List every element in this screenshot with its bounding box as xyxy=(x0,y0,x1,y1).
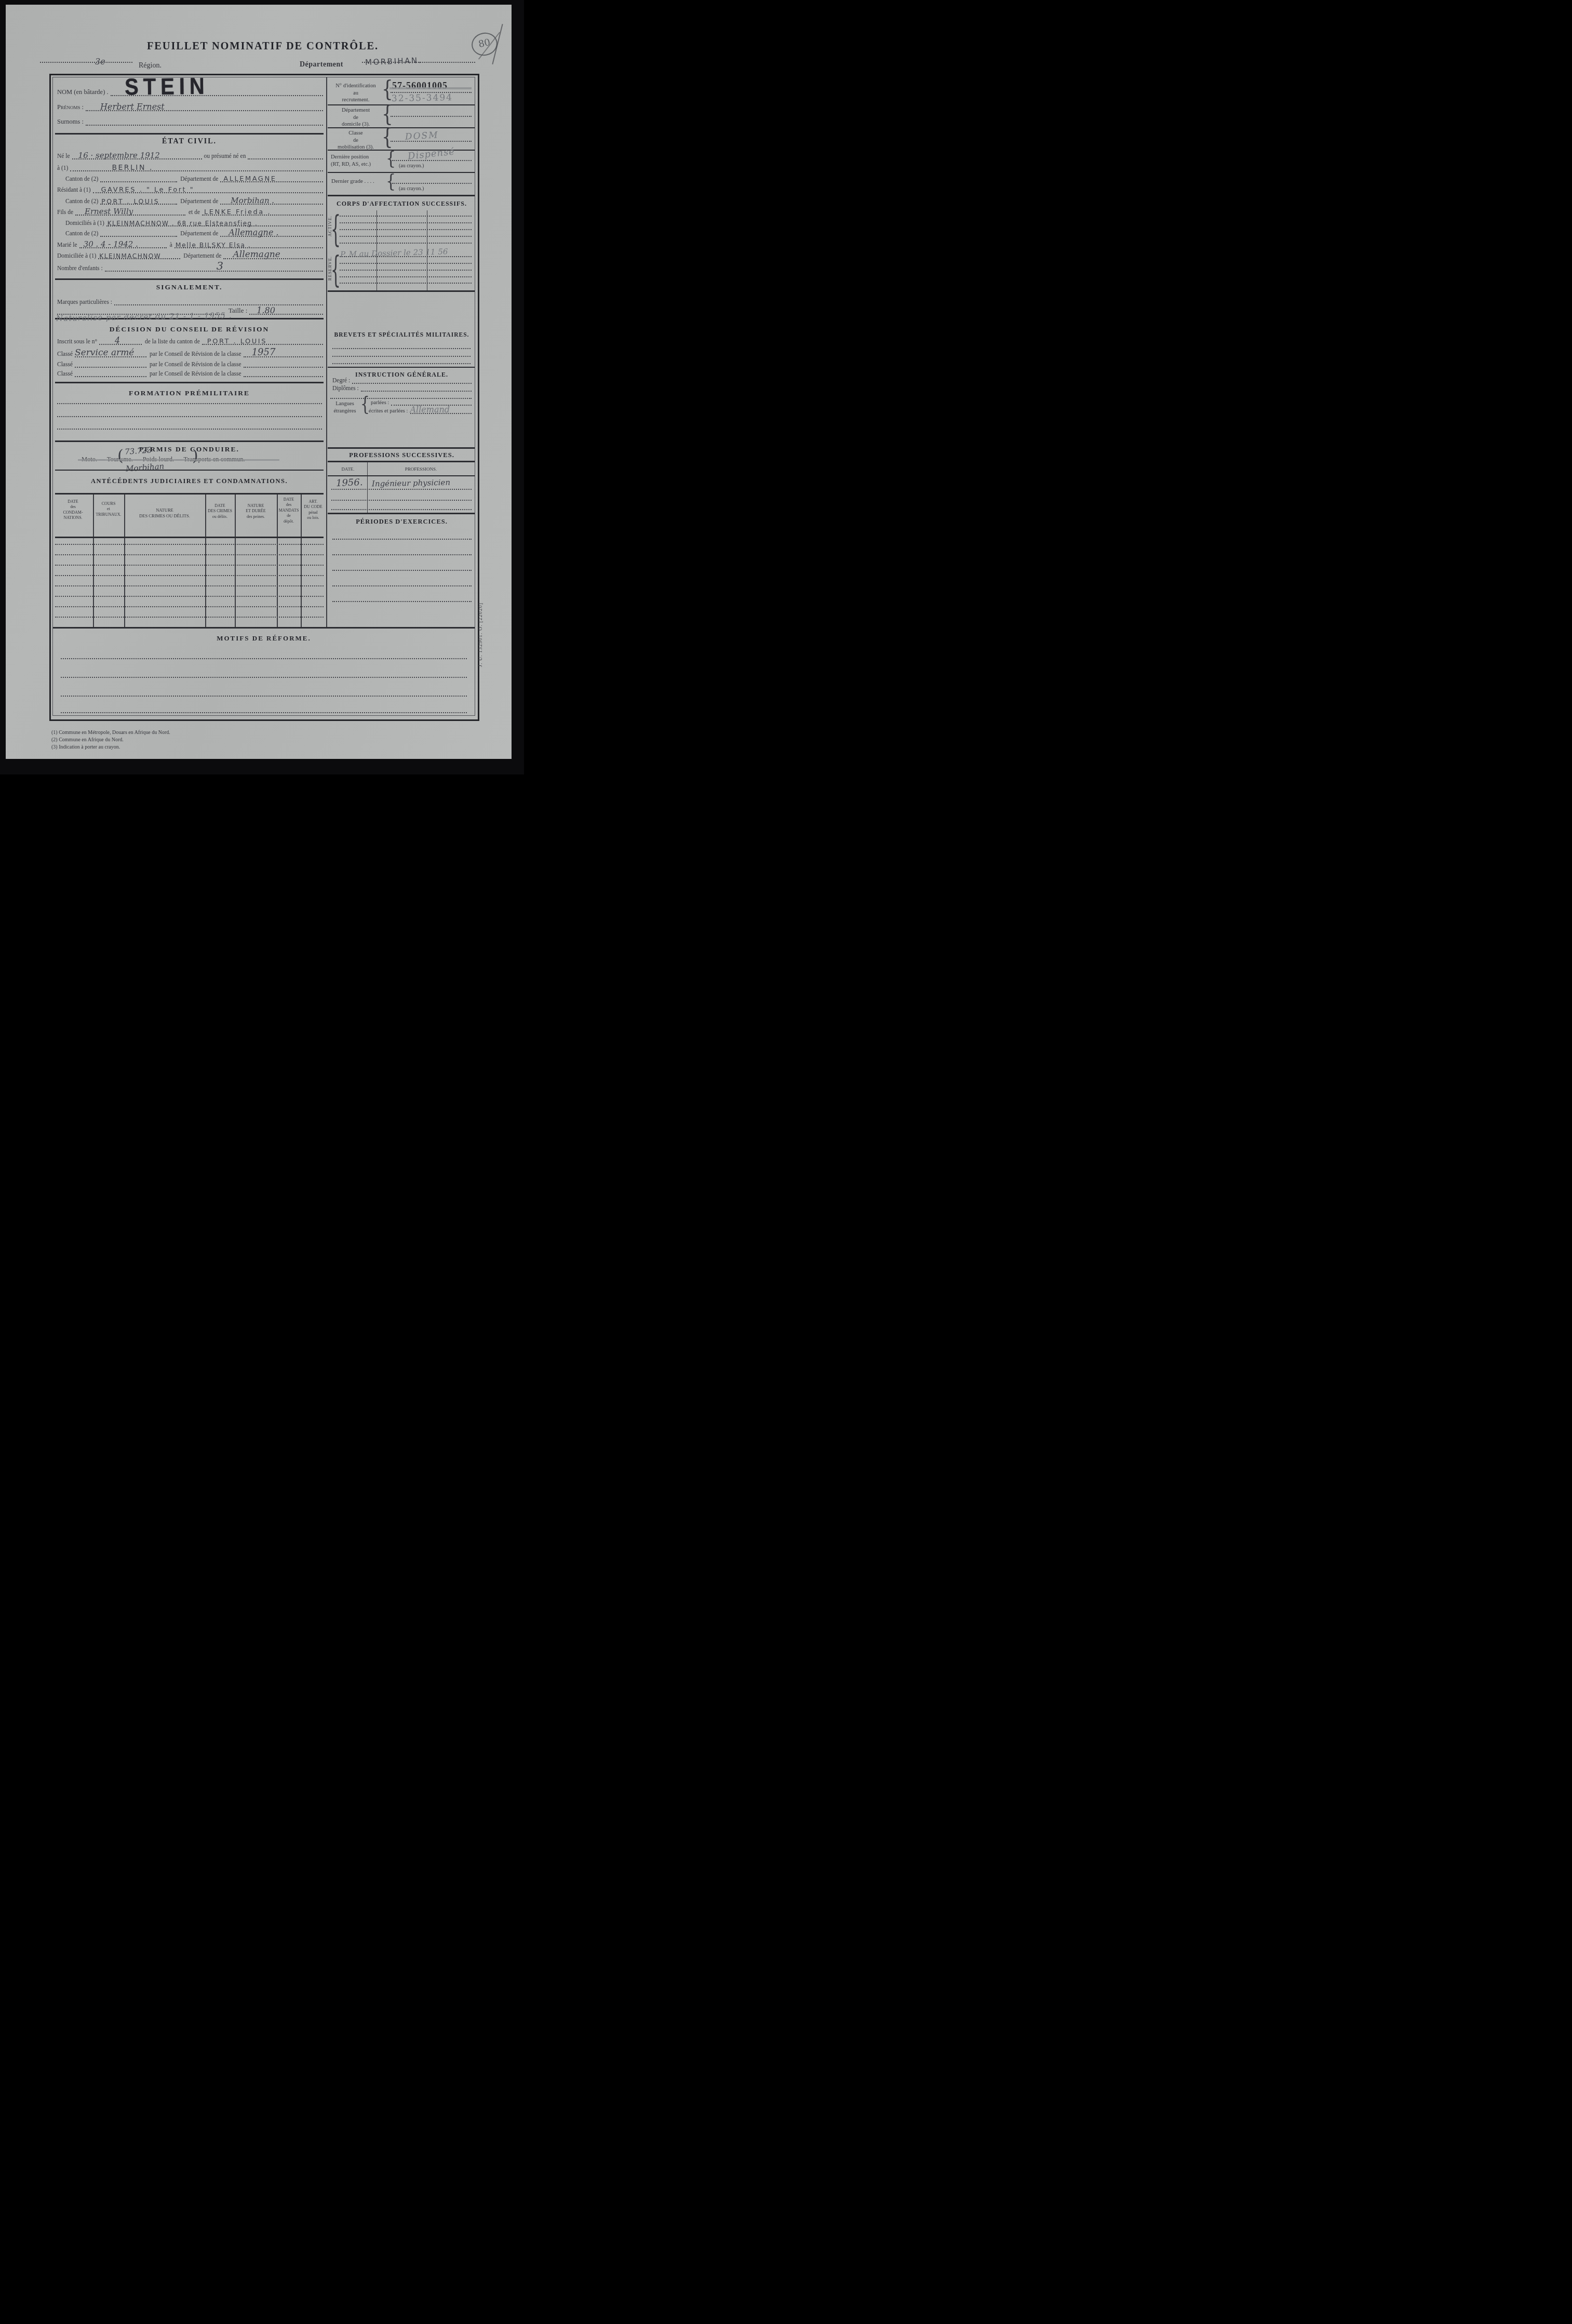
corps-row xyxy=(340,283,472,284)
domicile-label: Département de domicile (3). xyxy=(329,107,383,128)
ne-le-value: 16 · septembre 1912 xyxy=(78,151,160,160)
resident-line: GAVRES . " Le Fort " xyxy=(93,184,323,193)
dotted-line xyxy=(61,658,467,659)
classe3-annee-line xyxy=(244,368,323,377)
corps-row xyxy=(340,256,472,257)
dept3-line: Allemagne . xyxy=(220,228,323,237)
table-header-rule xyxy=(55,537,324,538)
epouse-line: Melle BILSKY Elsa . xyxy=(174,239,323,248)
professions-prof-header: PROFESSIONS. xyxy=(367,466,475,472)
field-ecrites: écrites et parlées : Allemand xyxy=(369,406,472,414)
field-resident: Résidant à (1) GAVRES . " Le Fort " xyxy=(57,185,323,193)
dotted-line xyxy=(332,356,471,357)
parlees-label: parlées : xyxy=(371,400,389,406)
domiciliee-value: KLEINMACHNOW xyxy=(99,252,161,260)
inscrit-label: Inscrit sous le n° xyxy=(57,339,97,345)
enfants-value: 3 xyxy=(217,260,223,272)
dept3-value: Allemagne . xyxy=(229,228,278,237)
epouse-value: Melle BILSKY Elsa . xyxy=(176,241,251,249)
corps-row xyxy=(340,236,472,237)
recrutement-pencil: 32-35-3494 xyxy=(392,92,453,104)
form-box-inner: STEIN NOM (en bâtarde) . Prénoms : Herbe… xyxy=(52,77,475,716)
field-marie: Marié le 30 . 4 - 1942 . à Melle BILSKY … xyxy=(57,240,323,248)
canton2-value: PORT . LOUIS xyxy=(101,197,159,205)
ecrites-value: Allemand xyxy=(410,405,450,415)
surnoms-label: Surnoms : xyxy=(57,118,84,126)
divider xyxy=(328,447,475,449)
marie-value: 30 . 4 - 1942 . xyxy=(84,239,138,249)
classe1-line: Service armé xyxy=(75,348,146,357)
classe3-par: par le Conseil de Révision de la classe xyxy=(150,371,241,377)
antecedents-title: ANTÉCÉDENTS JUDICIAIRES ET CONDAMNATIONS… xyxy=(53,477,326,485)
domicilies-label: Domiciliés à (1) xyxy=(65,220,104,226)
dotted-line xyxy=(332,363,471,364)
antecedents-col1-header: DATE des CONDAM- NATIONS. xyxy=(53,499,93,521)
section-rule xyxy=(55,382,324,383)
a1-line: BERLIN . xyxy=(70,162,323,171)
classe3-label: Classé xyxy=(57,371,73,377)
section-rule xyxy=(55,133,324,135)
nom-line xyxy=(111,87,323,96)
canton2-line: PORT . LOUIS xyxy=(100,195,177,205)
classe2-annee-line xyxy=(244,358,323,368)
presume-line xyxy=(248,150,323,159)
recrutement-stamped: 57-56001005 xyxy=(392,81,448,91)
revision-title: DÉCISION DU CONSEIL DE RÉVISION xyxy=(53,325,326,333)
brevets-title: BREVETS ET SPÉCIALITÉS MILITAIRES. xyxy=(329,332,475,338)
dept4-line: Allemagne xyxy=(223,250,323,259)
prenoms-label: Prénoms : xyxy=(57,103,84,111)
dotted-line xyxy=(362,62,475,63)
table-row xyxy=(331,489,472,490)
grade-crayon-note: (au crayon.) xyxy=(399,186,424,192)
field-classe-3: Classé par le Conseil de Révision de la … xyxy=(57,369,323,377)
field-nom: NOM (en bâtarde) . xyxy=(57,88,323,96)
dept2-line: Morbihan . xyxy=(220,195,323,205)
marie-line: 30 . 4 - 1942 . xyxy=(79,239,167,248)
field-ne-le: Né le 16 · septembre 1912 ou présumé né … xyxy=(57,151,323,159)
dotted-line xyxy=(391,116,472,117)
a1-value: BERLIN . xyxy=(112,164,153,172)
table-row xyxy=(55,565,324,566)
dotted-line xyxy=(332,554,472,555)
prenoms-value: Herbert Ernest xyxy=(100,102,165,112)
field-enfants: Nombre d'enfants : 3 xyxy=(57,263,323,272)
resident-value: GAVRES . " Le Fort " xyxy=(101,186,195,194)
stamp-number: 80 xyxy=(477,37,491,50)
classe1-annee-line: 1957 xyxy=(244,348,323,357)
classe1-value: Service armé xyxy=(75,348,134,358)
table-row xyxy=(331,509,472,510)
position-crayon-note: (au crayon.) xyxy=(399,163,424,169)
corps-row xyxy=(340,229,472,230)
canton2-label: Canton de (2) xyxy=(65,198,98,205)
signalement-title: SIGNALEMENT. xyxy=(53,283,326,291)
field-inscrit: Inscrit sous le n° 4 de la liste du cant… xyxy=(57,337,323,345)
antecedents-col7-header: ART. DU CODE pénal ou lois. xyxy=(301,499,326,521)
prenoms-line: Herbert Ernest xyxy=(86,102,323,111)
dept2-value: Morbihan . xyxy=(231,196,274,205)
classe2-par: par le Conseil de Révision de la classe xyxy=(150,362,241,368)
permis-numero: 73.723 xyxy=(124,445,152,457)
permis-title: PERMIS DE CONDUIRE. xyxy=(53,445,326,453)
field-surnoms: Surnoms : xyxy=(57,117,323,126)
footnote-2: (2) Commune en Afrique du Nord. xyxy=(51,737,124,743)
ne-le-line: 16 · septembre 1912 xyxy=(72,150,202,159)
section-rule xyxy=(55,470,324,471)
dotted-line xyxy=(40,62,132,63)
domicilies-value: KLEINMACHNOW . 68 rue Elsteansfieg . xyxy=(108,220,258,227)
table-row xyxy=(55,617,324,618)
table-rule xyxy=(328,461,475,462)
periodes-title: PÉRIODES D'EXERCICES. xyxy=(329,518,475,526)
classe2-line xyxy=(75,358,146,368)
dotted-line xyxy=(332,570,472,571)
domicile-brace: { xyxy=(382,103,393,126)
footnote-3: (3) Indication à porter au crayon. xyxy=(51,744,120,750)
dotted-line xyxy=(61,712,467,713)
dotted-line xyxy=(392,160,472,161)
canton3-line xyxy=(100,228,177,237)
recrutement-label: N° d'identification au recrutement. xyxy=(329,83,383,104)
fils-label: Fils de xyxy=(57,209,73,216)
strike-mark xyxy=(389,87,472,89)
table-row xyxy=(55,606,324,607)
pere-value: Ernest Willy xyxy=(85,207,133,216)
professions-date-header: DATE. xyxy=(329,466,367,472)
diplomes-line xyxy=(361,382,472,392)
canton1-line xyxy=(100,173,177,182)
marques-label: Marques particulières : xyxy=(57,299,112,305)
dotted-line xyxy=(332,601,472,602)
taille-line: 1.80 xyxy=(249,305,323,315)
antecedents-col5-header: NATURE ET DURÉE des peines. xyxy=(235,503,277,519)
canton1-label: Canton de (2) xyxy=(65,176,98,182)
dotted-line xyxy=(57,403,322,404)
professions-title: PROFESSIONS SUCCESSIVES. xyxy=(329,451,475,459)
field-canton1: Canton de (2) Département de ALLEMAGNE xyxy=(65,174,323,182)
table-row xyxy=(55,544,324,545)
field-lieu-naissance: à (1) BERLIN . xyxy=(57,163,323,171)
position-brace: { xyxy=(386,150,396,168)
profession-row-date: 1956. xyxy=(336,477,363,489)
field-marques: Marques particulières : xyxy=(57,297,323,305)
domiciliee-line: KLEINMACHNOW xyxy=(98,250,180,259)
strike-mark xyxy=(78,459,279,461)
liste-label: de la liste du canton de xyxy=(145,339,200,345)
classe1-par: par le Conseil de Révision de la classe xyxy=(150,351,241,357)
mere-line: LENKE Frieda . xyxy=(202,206,323,216)
marie-a-label: à xyxy=(170,242,172,248)
form-box: STEIN NOM (en bâtarde) . Prénoms : Herbe… xyxy=(49,74,479,721)
divider xyxy=(328,290,475,292)
departement-label: Département xyxy=(300,61,343,69)
field-diplomes: Diplômes : xyxy=(332,383,472,392)
mere-value: LENKE Frieda . xyxy=(204,208,271,216)
dept1-line: ALLEMAGNE xyxy=(220,173,323,182)
section-rule xyxy=(55,278,324,280)
corps-row xyxy=(340,276,472,277)
dept4-value: Allemagne xyxy=(233,249,280,260)
formation-title: FORMATION PRÉMILITAIRE xyxy=(53,389,326,397)
field-classe-1: Classé Service armé par le Conseil de Ré… xyxy=(57,349,323,357)
ecrites-line: Allemand xyxy=(410,405,472,414)
ecrites-label: écrites et parlées : xyxy=(369,408,408,414)
corps-pencil-note: P. M au Dossier le 23 11 56 xyxy=(340,247,448,259)
ne-le-label: Né le xyxy=(57,153,70,159)
classe1-annee: 1957 xyxy=(252,347,276,358)
dept2-label: Département de xyxy=(180,198,218,205)
table-row xyxy=(55,575,324,576)
corps-row xyxy=(340,270,472,271)
divider xyxy=(328,127,475,128)
permis-departement: Morbihan xyxy=(125,461,164,473)
table-row xyxy=(331,500,472,501)
printer-reference: J. U. 132901. O. [22020] xyxy=(478,563,483,667)
liste-line: PORT . LOUIS xyxy=(202,336,323,345)
field-canton3: Canton de (2) Département de Allemagne . xyxy=(65,229,323,237)
field-fils-de: Fils de Ernest Willy et de LENKE Frieda … xyxy=(57,207,323,216)
region-label: Région. xyxy=(139,62,162,70)
classe3-line xyxy=(75,368,146,377)
marie-label: Marié le xyxy=(57,242,77,248)
liste-value: PORT . LOUIS xyxy=(207,338,267,345)
divider xyxy=(328,104,475,105)
grade-brace: { xyxy=(386,172,396,191)
dotted-line xyxy=(61,677,467,678)
form-paper: FEUILLET NOMINATIF DE CONTRÔLE. 80 3e Ré… xyxy=(6,5,512,759)
etat-civil-title: ÉTAT CIVIL. xyxy=(53,138,326,146)
taille-value: 1.80 xyxy=(257,305,275,315)
surnoms-line xyxy=(86,116,323,126)
presume-label: ou présumé né en xyxy=(204,153,246,159)
enfants-label: Nombre d'enfants : xyxy=(57,265,103,272)
field-canton2: Canton de (2) PORT . LOUIS Département d… xyxy=(65,196,323,205)
field-domiciliee: Domiciliée à (1) KLEINMACHNOW Départemen… xyxy=(57,251,323,259)
mobilisation-label: Classe de mobilisation (3). xyxy=(329,130,383,151)
dotted-line xyxy=(57,416,322,417)
corps-row xyxy=(340,243,472,244)
dotted-line xyxy=(61,696,467,697)
diplomes-label: Diplômes : xyxy=(332,385,359,392)
corps-row xyxy=(340,263,472,264)
field-domicilies: Domiciliés à (1) KLEINMACHNOW . 68 rue E… xyxy=(65,218,323,226)
table-row xyxy=(55,585,324,586)
domicilies-line: KLEINMACHNOW . 68 rue Elsteansfieg . xyxy=(106,217,323,226)
classe1-label: Classé xyxy=(57,351,73,357)
field-classe-2: Classé par le Conseil de Révision de la … xyxy=(57,359,323,368)
scanned-document: FEUILLET NOMINATIF DE CONTRÔLE. 80 3e Ré… xyxy=(0,0,524,774)
dept1-value: ALLEMAGNE xyxy=(223,175,276,183)
page-title: FEUILLET NOMINATIF DE CONTRÔLE. xyxy=(65,39,461,52)
dotted-line xyxy=(332,585,472,586)
corps-row xyxy=(340,222,472,223)
dept3-label: Département de xyxy=(180,231,218,237)
antecedents-col6-header: DATE des MANDATS de dépôt. xyxy=(277,497,301,524)
table-row xyxy=(55,596,324,597)
table-top-rule xyxy=(55,493,324,495)
motifs-title: MOTIFS DE RÉFORME. xyxy=(53,634,475,643)
corps-row xyxy=(340,216,472,217)
field-prenoms: Prénoms : Herbert Ernest xyxy=(57,103,323,111)
divider xyxy=(328,367,475,368)
column-divider xyxy=(326,77,327,627)
departement-value: MORBIHAN. xyxy=(365,56,422,67)
dotted-line xyxy=(392,183,472,184)
enfants-line: 3 xyxy=(105,262,323,272)
table-row xyxy=(55,554,324,555)
inscrit-value: 4 xyxy=(115,336,120,345)
dept4-label: Département de xyxy=(183,253,221,259)
derniere-position-label: Dernière position (RT, RD, AS, etc.) xyxy=(329,154,389,168)
dotted-line xyxy=(391,141,472,142)
divider xyxy=(328,195,475,196)
antecedents-col2-header: COURS et TRIBUNAUX. xyxy=(93,501,124,517)
dept1-label: Département de xyxy=(180,176,218,182)
dotted-line xyxy=(332,348,471,349)
table-rule xyxy=(328,475,475,476)
footnote-1: (1) Commune en Métropole, Douars en Afri… xyxy=(51,730,170,736)
pere-line: Ernest Willy xyxy=(75,206,185,216)
inscrit-line: 4 xyxy=(99,336,142,345)
classe2-label: Classé xyxy=(57,362,73,368)
langues-label: Langues étrangères xyxy=(329,400,360,415)
section-rule xyxy=(55,440,324,442)
et-de-label: et de xyxy=(189,209,200,216)
corps-title: CORPS D'AFFECTATION SUCCESSIFS. xyxy=(329,200,475,208)
a1-label: à (1) xyxy=(57,165,68,171)
antecedents-col3-header: NATURE DES CRIMES OU DÉLITS. xyxy=(124,507,205,519)
divider xyxy=(328,172,475,173)
antecedents-col4-header: DATE DES CRIMES ou délits. xyxy=(205,503,235,519)
dernier-grade-label: Dernier grade . . . . xyxy=(331,178,374,184)
dotted-line xyxy=(332,539,472,540)
nom-label: NOM (en bâtarde) . xyxy=(57,88,109,96)
mobilisation-brace: { xyxy=(382,126,393,149)
resident-label: Résidant à (1) xyxy=(57,187,91,193)
domiciliee-label: Domiciliée à (1) xyxy=(57,253,96,259)
divider xyxy=(328,513,475,514)
profession-row-value: Ingénieur physicien xyxy=(372,478,450,489)
motifs-top-rule xyxy=(53,627,475,629)
dotted-line xyxy=(57,429,322,430)
marques-line xyxy=(114,296,323,305)
canton3-label: Canton de (2) xyxy=(65,231,98,237)
